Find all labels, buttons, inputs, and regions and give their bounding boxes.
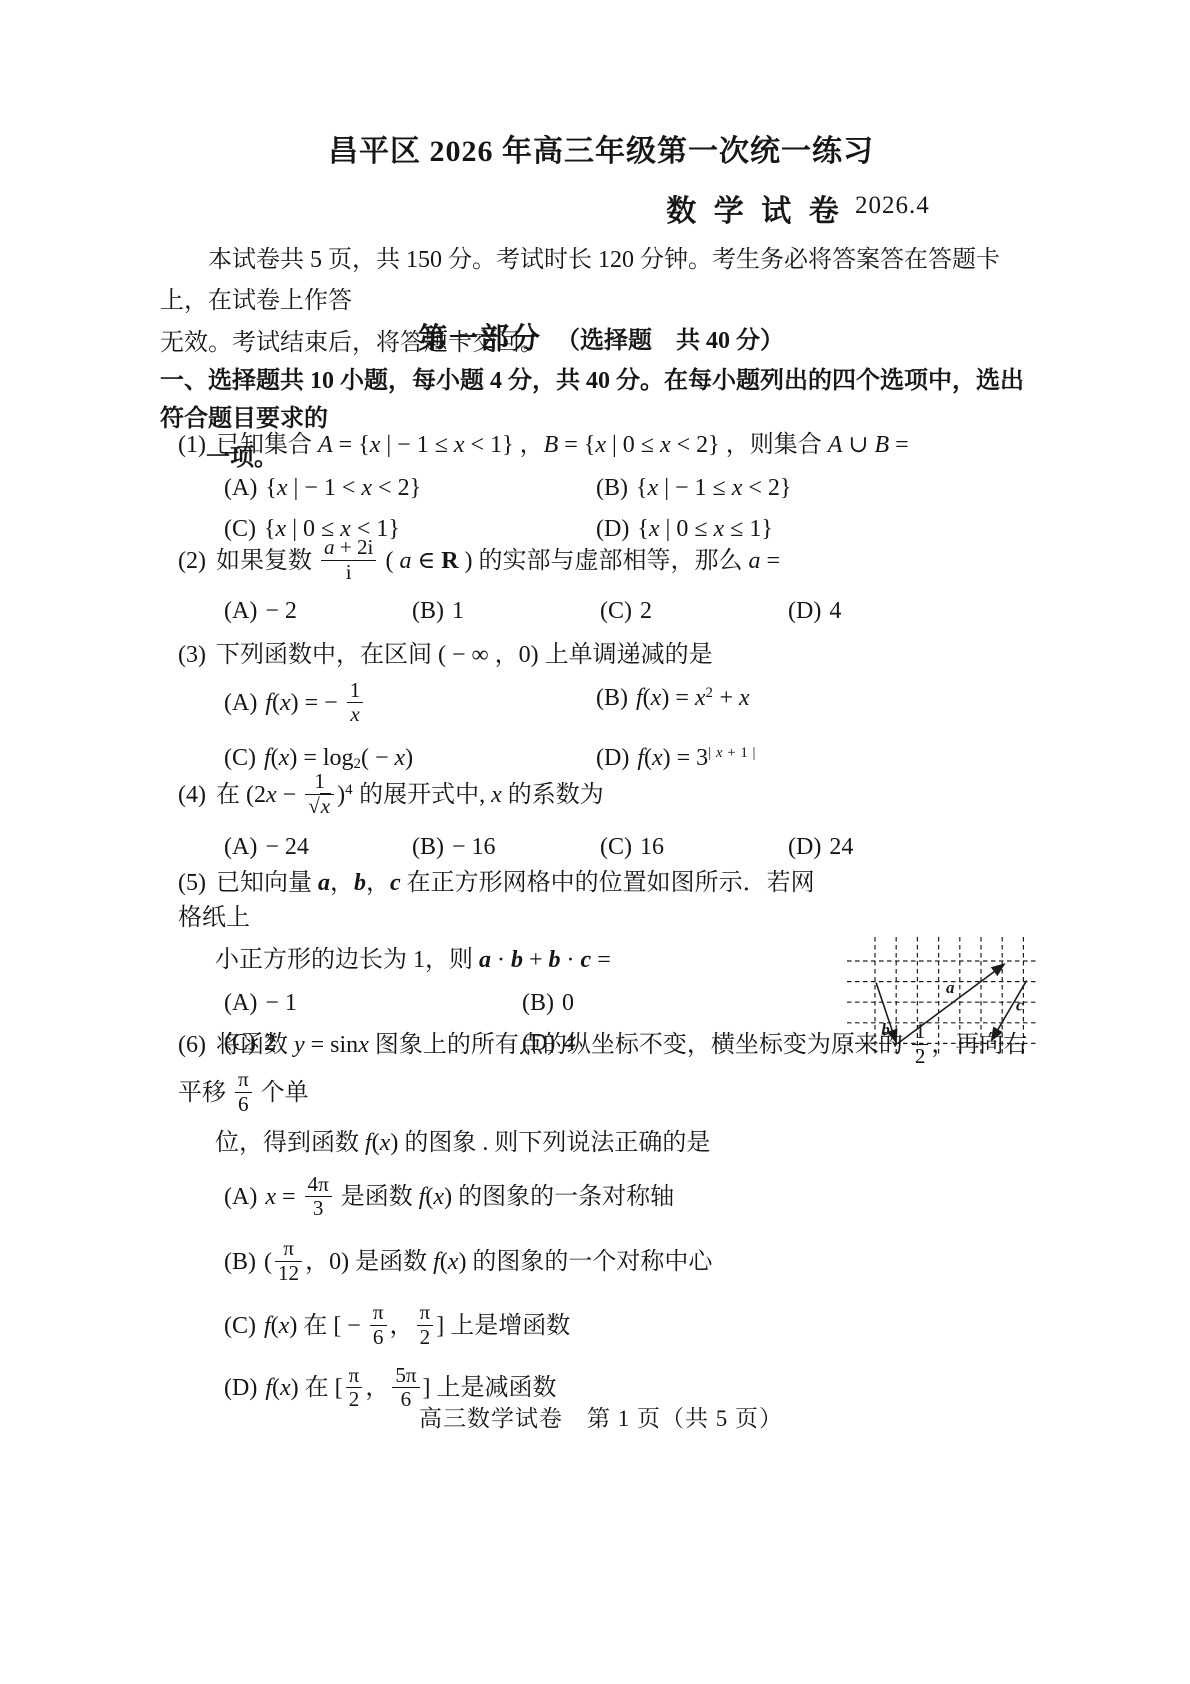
subject-title: 数 学 试 卷 xyxy=(666,195,844,228)
option-label: (B) xyxy=(596,475,628,501)
option-text: 16 xyxy=(640,834,664,860)
option-text: − 2 xyxy=(265,598,297,624)
option-b: (B)− 16 xyxy=(412,830,600,865)
option-d: (D)f(x) = 3| x + 1 | xyxy=(596,741,968,776)
options-row: (A){x | − 1 < x < 2} (B){x | − 1 ≤ x < 2… xyxy=(160,471,1042,506)
option-a: (A)x = 4π3 是函数 f(x) 的图象的一条对称轴 xyxy=(160,1175,1042,1223)
question-3: (3)下列函数中，在区间 ( − ∞ ，0) 上单调递减的是 (A)f(x) =… xyxy=(160,638,1042,776)
option-label: (D) xyxy=(224,1375,257,1401)
question-number: (5) xyxy=(178,870,206,896)
question-number: (2) xyxy=(178,548,206,574)
question-2: (2)如果复数 a + 2ii ( a ∈ R ) 的实部与虚部相等，那么 a … xyxy=(160,538,1042,629)
stem-math: 下列函数中，在区间 ( − ∞ ，0) 上单调递减的是 xyxy=(216,642,713,668)
option-c: (C)2 xyxy=(600,594,788,629)
option-b: (B)0 xyxy=(522,986,820,1021)
option-label: (A) xyxy=(224,690,257,716)
question-4: (4)在 (2x − 1√x)4 的展开式中, x 的系数为 (A)− 24 (… xyxy=(160,772,1042,865)
option-label: (A) xyxy=(224,475,257,501)
option-label: (B) xyxy=(522,990,554,1016)
option-text: x = 4π3 是函数 f(x) 的图象的一条对称轴 xyxy=(265,1184,674,1210)
option-text: f(x) = − 1x xyxy=(265,690,366,716)
page-footer: 高三数学试卷 第 1 页（共 5 页） xyxy=(160,1400,1042,1433)
option-text: 4 xyxy=(829,598,841,624)
question-6: (6)将函数 y = sinx 图象上的所有点的纵坐标不变，横坐标变为原来的 1… xyxy=(160,1022,1042,1414)
option-text: − 1 xyxy=(265,990,297,1016)
option-text: − 16 xyxy=(452,834,496,860)
question-stem: (6)将函数 y = sinx 图象上的所有点的纵坐标不变，横坐标变为原来的 1… xyxy=(160,1022,1042,1119)
option-b: (B)(π12，0) 是函数 f(x) 的图象的一个对称中心 xyxy=(160,1239,1042,1287)
option-text: f(x) 在 [π2，5π6] 上是减函数 xyxy=(265,1375,556,1401)
option-label: (B) xyxy=(412,598,444,624)
option-text: {x | − 1 ≤ x < 2} xyxy=(636,475,791,501)
exam-date: 2026.4 xyxy=(855,192,930,220)
option-text: 1 xyxy=(452,598,464,624)
option-a: (A)f(x) = − 1x xyxy=(224,681,596,729)
stem-math: 将函数 y = sinx 图象上的所有点的纵坐标不变，横坐标变为原来的 12，再… xyxy=(178,1032,1027,1106)
option-text: f(x) = 3| x + 1 | xyxy=(637,745,756,771)
option-label: (D) xyxy=(596,745,629,771)
option-d: (D)24 xyxy=(788,830,976,865)
option-label: (A) xyxy=(224,1184,257,1210)
stem-math: 已知向量 a，b，c 在正方形网格中的位置如图所示．若网格纸上 xyxy=(178,870,815,931)
option-text: f(x) 在 [ − π6，π2] 上是增函数 xyxy=(264,1313,570,1339)
question-1: (1)已知集合 A = {x | − 1 ≤ x < 1} ，B = {x | … xyxy=(160,428,1042,546)
page-title: 昌平区 2026 年高三年级第一次统一练习 xyxy=(160,126,1042,170)
question-stem: (3)下列函数中，在区间 ( − ∞ ，0) 上单调递减的是 xyxy=(160,638,1042,673)
question-number: (4) xyxy=(178,782,206,808)
option-a: (A)− 24 xyxy=(224,830,412,865)
option-text: 0 xyxy=(562,990,574,1016)
option-b: (B){x | − 1 ≤ x < 2} xyxy=(596,471,968,506)
option-b: (B)f(x) = x2 + x xyxy=(596,681,968,729)
option-text: − 24 xyxy=(265,834,309,860)
question-stem-line2: 小正方形的边长为 1，则 a · b + b · c = xyxy=(160,942,820,978)
exam-paper-page: 昌平区 2026 年高三年级第一次统一练习 数 学 试 卷 2026.4 本试卷… xyxy=(0,0,1190,1684)
question-number: (3) xyxy=(178,642,206,668)
option-text: 24 xyxy=(829,834,853,860)
option-label: (D) xyxy=(788,834,821,860)
option-label: (C) xyxy=(224,1313,256,1339)
option-label: (B) xyxy=(412,834,444,860)
stem-math: 如果复数 a + 2ii ( a ∈ R ) 的实部与虚部相等，那么 a = xyxy=(216,548,780,574)
option-text: 2 xyxy=(640,598,652,624)
options-row: (A)− 2 (B)1 (C)2 (D)4 xyxy=(160,594,1042,629)
option-b: (B)1 xyxy=(412,594,600,629)
option-a: (A)− 1 xyxy=(224,986,522,1021)
section-subtitle: （选择题 共 40 分） xyxy=(556,328,784,354)
option-a: (A)− 2 xyxy=(224,594,412,629)
section-heading: 第一部分 （选择题 共 40 分） xyxy=(160,316,1042,357)
option-label: (A) xyxy=(224,598,257,624)
option-a: (A){x | − 1 < x < 2} xyxy=(224,471,596,506)
question-stem-line2: 位，得到函数 f(x) 的图象 . 则下列说法正确的是 xyxy=(160,1125,1042,1161)
option-d: (D)4 xyxy=(788,594,976,629)
option-label: (D) xyxy=(788,598,821,624)
option-c: (C)16 xyxy=(600,830,788,865)
option-label: (B) xyxy=(224,1249,256,1275)
option-text: (π12，0) 是函数 f(x) 的图象的一个对称中心 xyxy=(264,1249,712,1275)
subject-row: 数 学 试 卷 2026.4 xyxy=(160,186,1190,230)
option-text: f(x) = log2( − x) xyxy=(264,745,413,771)
options-row: (A)− 1 (B)0 xyxy=(160,986,820,1021)
option-label: (C) xyxy=(600,834,632,860)
question-stem: (1)已知集合 A = {x | − 1 ≤ x < 1} ，B = {x | … xyxy=(160,428,1042,463)
section-title: 第一部分 xyxy=(418,323,542,355)
option-label: (A) xyxy=(224,834,257,860)
options-row: (A)f(x) = − 1x (B)f(x) = x2 + x xyxy=(160,681,1042,729)
options-row: (A)− 24 (B)− 16 (C)16 (D)24 xyxy=(160,830,1042,865)
option-label: (B) xyxy=(596,685,628,711)
question-number: (6) xyxy=(178,1032,206,1058)
options-row: (C)f(x) = log2( − x) (D)f(x) = 3| x + 1 … xyxy=(160,741,1042,776)
vector-label-c: c xyxy=(1016,995,1024,1014)
question-stem: (5)已知向量 a，b，c 在正方形网格中的位置如图所示．若网格纸上 xyxy=(160,866,820,936)
question-stem: (4)在 (2x − 1√x)4 的展开式中, x 的系数为 xyxy=(160,772,1042,820)
option-c: (C)f(x) = log2( − x) xyxy=(224,741,596,776)
stem-math: 已知集合 A = {x | − 1 ≤ x < 1} ，B = {x | 0 ≤… xyxy=(216,432,909,458)
option-text: f(x) = x2 + x xyxy=(636,685,750,711)
question-number: (1) xyxy=(178,432,206,458)
option-label: (A) xyxy=(224,990,257,1016)
option-text: {x | − 1 < x < 2} xyxy=(265,475,421,501)
stem-math: 在 (2x − 1√x)4 的展开式中, x 的系数为 xyxy=(216,782,604,808)
option-label: (C) xyxy=(224,745,256,771)
option-c: (C)f(x) 在 [ − π6，π2] 上是增函数 xyxy=(160,1303,1042,1351)
question-stem: (2)如果复数 a + 2ii ( a ∈ R ) 的实部与虚部相等，那么 a … xyxy=(160,538,1042,586)
option-label: (C) xyxy=(600,598,632,624)
intro-line: 本试卷共 5 页，共 150 分。考试时长 120 分钟。考生务必将答案答在答题… xyxy=(160,240,1042,323)
vector-label-a: a xyxy=(946,978,955,997)
